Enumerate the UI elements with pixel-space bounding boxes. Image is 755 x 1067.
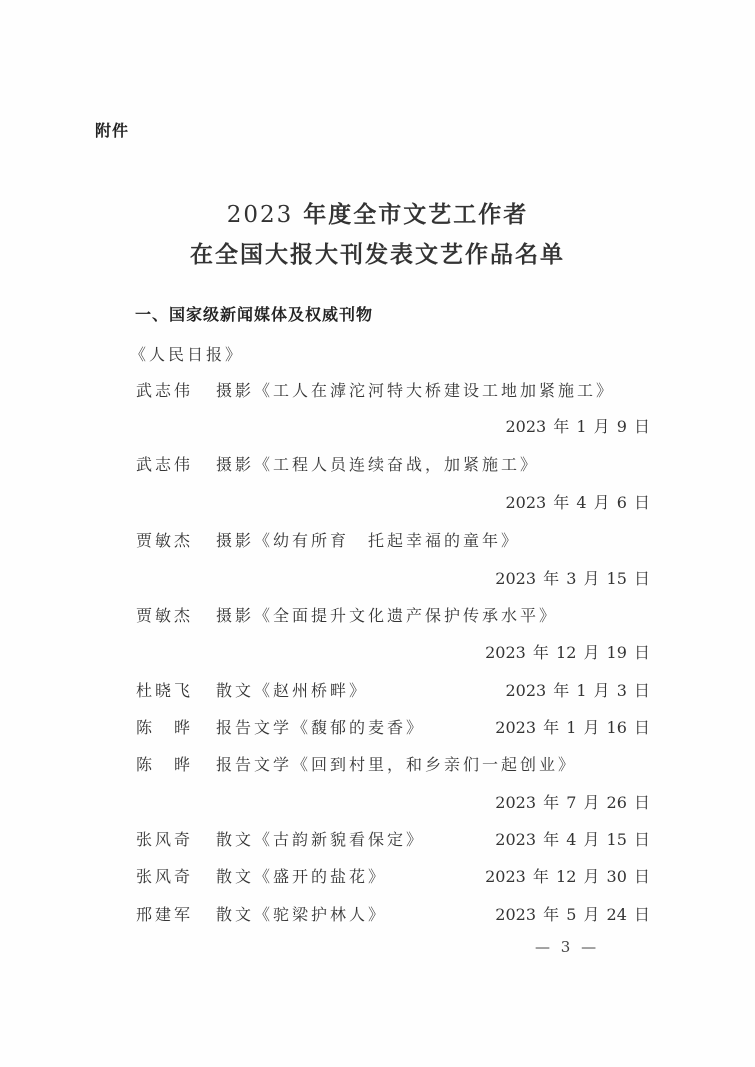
publish-date: 2023 年 7 月 26 日	[495, 790, 650, 813]
author-name: 陈 晔	[136, 715, 216, 738]
publish-date: 2023 年 3 月 15 日	[495, 566, 650, 589]
publication-name: 《人民日报》	[130, 342, 244, 365]
page-number: — 3 —	[535, 938, 596, 956]
work-title: 散文《赵州桥畔》	[216, 681, 368, 700]
author-name: 贾敏杰	[136, 528, 216, 551]
publish-date: 2023 年 4 月 6 日	[505, 490, 650, 513]
work-title: 摄影《幼有所育 托起幸福的童年》	[216, 531, 520, 550]
publish-date: 2023 年 4 月 15 日	[495, 827, 650, 850]
publish-date: 2023 年 12 月 30 日	[485, 864, 650, 887]
work-title: 摄影《工人在滹沱河特大桥建设工地加紧施工》	[216, 381, 615, 400]
attachment-label: 附件	[95, 118, 129, 141]
entry-row: 杜晓飞散文《赵州桥畔》	[136, 678, 368, 701]
work-title: 报告文学《回到村里，和乡亲们一起创业》	[216, 755, 577, 774]
work-title: 散文《驼梁护林人》	[216, 905, 387, 924]
title-line-1: 2023 年度全市文艺工作者	[0, 196, 755, 229]
author-name: 张风奇	[136, 827, 216, 850]
entry-row: 陈 晔报告文学《回到村里，和乡亲们一起创业》	[136, 752, 577, 775]
title-line-2: 在全国大报大刊发表文艺作品名单	[0, 236, 755, 269]
publish-date: 2023 年 1 月 9 日	[505, 414, 650, 437]
entry-row: 武志伟摄影《工程人员连续奋战，加紧施工》	[136, 452, 539, 475]
entry-row: 邢建军散文《驼梁护林人》	[136, 902, 387, 925]
document-page: 附件 2023 年度全市文艺工作者 在全国大报大刊发表文艺作品名单 一、国家级新…	[0, 0, 755, 1067]
publish-date: 2023 年 12 月 19 日	[485, 640, 650, 663]
publish-date: 2023 年 1 月 3 日	[505, 678, 650, 701]
entry-row: 贾敏杰摄影《幼有所育 托起幸福的童年》	[136, 528, 520, 551]
work-title: 摄影《工程人员连续奋战，加紧施工》	[216, 455, 539, 474]
section-heading: 一、国家级新闻媒体及权威刊物	[135, 302, 373, 325]
entry-row: 武志伟摄影《工人在滹沱河特大桥建设工地加紧施工》	[136, 378, 615, 401]
title-line-1-text: 年度全市文艺工作者	[303, 201, 528, 228]
publish-date: 2023 年 5 月 24 日	[495, 902, 650, 925]
work-title: 散文《盛开的盐花》	[216, 867, 387, 886]
author-name: 杜晓飞	[136, 678, 216, 701]
entry-row: 张风奇散文《盛开的盐花》	[136, 864, 387, 887]
author-name: 陈 晔	[136, 752, 216, 775]
author-name: 武志伟	[136, 378, 216, 401]
work-title: 报告文学《馥郁的麦香》	[216, 718, 425, 737]
title-year: 2023	[227, 202, 294, 228]
entry-row: 张风奇散文《古韵新貌看保定》	[136, 827, 425, 850]
author-name: 贾敏杰	[136, 603, 216, 626]
work-title: 散文《古韵新貌看保定》	[216, 830, 425, 849]
author-name: 武志伟	[136, 452, 216, 475]
author-name: 邢建军	[136, 902, 216, 925]
author-name: 张风奇	[136, 864, 216, 887]
work-title: 摄影《全面提升文化遗产保护传承水平》	[216, 606, 558, 625]
entry-row: 贾敏杰摄影《全面提升文化遗产保护传承水平》	[136, 603, 558, 626]
publish-date: 2023 年 1 月 16 日	[495, 715, 650, 738]
entry-row: 陈 晔报告文学《馥郁的麦香》	[136, 715, 425, 738]
